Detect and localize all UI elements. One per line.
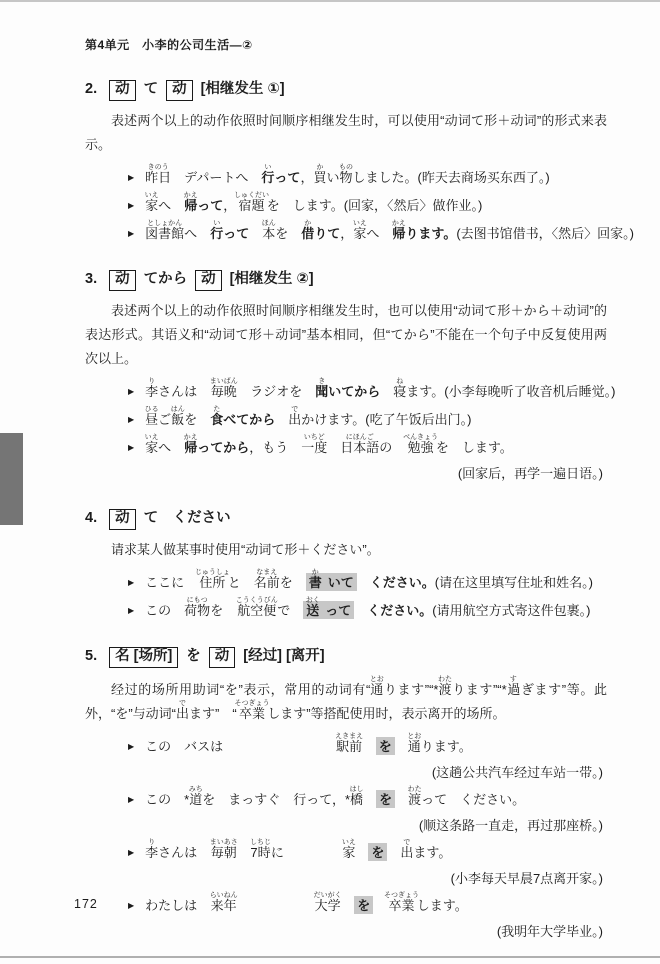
translation-line: (小李每天早晨7点离开家。)	[128, 868, 607, 887]
furigana: こうくうびん	[236, 597, 278, 604]
text-run	[363, 792, 376, 807]
ruby-word: 道みち	[189, 792, 202, 807]
ruby-word: 家いえ	[342, 845, 356, 860]
heading-text: [相继发生 ②]	[230, 271, 314, 287]
ruby-word: 通とお	[370, 682, 383, 697]
section-heading: 3.动てから动[相继发生 ②]	[85, 268, 607, 291]
text-run: ます” “	[189, 706, 237, 721]
ruby-word: 来年らいねん	[210, 898, 238, 913]
text-run: に	[271, 845, 284, 860]
heading-text: [经过] [离开]	[243, 648, 324, 664]
ruby-word: 7時しちじ	[250, 845, 271, 860]
furigana: そつぎょう	[384, 892, 419, 899]
text-run: で	[277, 603, 303, 618]
text-run: ます。	[413, 845, 451, 860]
text-run: この バスは	[145, 739, 223, 754]
furigana: まいあさ	[210, 839, 238, 846]
furigana: ひる	[145, 406, 159, 413]
text-run: しました。(昨天去商场买东西了。)	[353, 170, 550, 185]
furigana: ね	[393, 378, 406, 385]
ruby-word: 卒業そつぎょう	[237, 706, 268, 721]
translation-line: (顺这条路一直走，再过那座桥。)	[128, 815, 607, 834]
ruby-word: 買か	[313, 170, 326, 185]
text-run	[395, 792, 408, 807]
text-run: ラジオを	[237, 384, 315, 399]
text-run: って	[197, 198, 223, 213]
ruby-word: 借か	[301, 226, 314, 241]
ruby-word: 渡わた	[439, 682, 452, 697]
text-run: わたしは	[145, 898, 210, 913]
furigana: きのう	[145, 164, 171, 171]
text-run: を	[275, 226, 301, 241]
furigana: としょかん	[145, 220, 184, 227]
bullet-icon: ▶	[128, 795, 134, 804]
scan-edge-top	[0, 0, 660, 2]
grammar-section: 4.动て ください请求某人做某事时使用“动词て形＋ください”。▶ここに 住所じゅ…	[85, 507, 607, 620]
ruby-word: 飯はん	[171, 412, 184, 427]
furigana: いえ	[342, 839, 356, 846]
ruby-word: 李り	[145, 845, 158, 860]
bullet-icon: ▶	[128, 415, 134, 424]
furigana: えきまえ	[335, 733, 363, 740]
ruby-word: 行い	[261, 170, 274, 185]
furigana: き	[315, 378, 328, 385]
furigana: か	[309, 569, 322, 576]
furigana: い	[261, 164, 274, 171]
furigana: り	[145, 378, 158, 385]
text-run: (去图书馆借书，〈然后〉回家。)	[456, 226, 634, 241]
bullet-icon: ▶	[128, 606, 134, 615]
grammar-section: 2.动て动[相继发生 ①]表述两个以上的动作依照时间顺序相继发生时，可以使用“动…	[85, 78, 607, 243]
furigana: ほん	[262, 220, 276, 227]
ruby-word: 聞き	[315, 384, 328, 399]
text-run: へ	[366, 226, 392, 241]
text-run: さんは	[158, 384, 210, 399]
ruby-word: 家いえ	[145, 198, 158, 213]
scan-edge-bottom	[0, 956, 660, 958]
ruby-word: 食た	[210, 412, 223, 427]
text-run: します。	[417, 898, 468, 913]
ruby-word: 昼ひる	[145, 412, 158, 427]
bullet-icon: ▶	[128, 901, 134, 910]
bullet-icon: ▶	[128, 443, 134, 452]
bullet-icon: ▶	[128, 387, 134, 396]
ruby-word: 渡わた	[408, 792, 421, 807]
text-run	[275, 412, 288, 427]
furigana: はし	[350, 786, 364, 793]
text-run	[354, 603, 367, 618]
text-run: ，もう	[249, 440, 301, 455]
furigana: た	[210, 406, 223, 413]
heading-text: て	[144, 81, 159, 97]
text-run	[357, 575, 370, 590]
section-heading: 4.动て ください	[85, 507, 607, 530]
ruby-word: 行い	[210, 226, 223, 241]
page-content: 第4单元 小李的公司生活—② 2.动て动[相继发生 ①]表述两个以上的动作依照时…	[85, 36, 607, 940]
ruby-word: 書か	[306, 573, 325, 591]
text-run: この *	[145, 792, 189, 807]
heading-text: て ください	[144, 510, 231, 526]
text-run: いて	[325, 573, 357, 591]
text-run: ります”“*	[383, 682, 438, 697]
furigana: いえ	[145, 192, 159, 199]
text-run: ってから	[197, 440, 249, 455]
ruby-word: 一度いちど	[301, 440, 327, 455]
text-run: します”等搭配使用时，表示离开的场所。	[267, 706, 505, 721]
ruby-word: 帰かえ	[184, 440, 197, 455]
furigana: らいねん	[210, 892, 238, 899]
furigana: おく	[306, 597, 320, 604]
ruby-word: 住所じゅうしょ	[197, 575, 228, 590]
text-run: べてから	[223, 412, 275, 427]
text-run: この	[145, 603, 184, 618]
heading-text: てから	[144, 271, 188, 287]
furigana: わた	[408, 786, 422, 793]
text-run: を します。(回家，〈然后〉做作业。)	[267, 198, 483, 213]
furigana: かえ	[184, 192, 198, 199]
pattern-box: 动	[109, 270, 136, 291]
ruby-word: 勉強べんきょう	[405, 440, 436, 455]
furigana: い	[210, 220, 223, 227]
pattern-box: 名 [场所]	[109, 647, 178, 668]
furigana: とお	[407, 733, 421, 740]
text-run: を します。	[436, 440, 513, 455]
furigana: なまえ	[254, 569, 280, 576]
text-run: を	[376, 737, 395, 755]
pattern-box: 动	[109, 509, 136, 530]
pattern-box: 动	[166, 80, 193, 101]
page-number: 172	[74, 897, 98, 911]
text-run: へ	[158, 440, 184, 455]
section-explanation: 经过的场所用助词“を”表示，常用的动词有“通とおります”“*渡わたります”“*過…	[85, 676, 607, 726]
example-list: ▶ここに 住所じゅうしょと 名前なまえを 書かいて ください。(请在这里填写住址…	[128, 569, 607, 620]
furigana: り	[145, 839, 158, 846]
furigana: かえ	[184, 434, 198, 441]
text-run: の	[379, 440, 405, 455]
ruby-word: 送おく	[303, 601, 322, 619]
ruby-word: 寝ね	[393, 384, 406, 399]
text-run: ください。	[367, 603, 432, 618]
text-run	[387, 845, 400, 860]
text-run: さんは	[158, 845, 210, 860]
pattern-box: 动	[195, 270, 222, 291]
section-number: 5.	[85, 648, 97, 664]
pattern-box: 动	[109, 80, 136, 101]
text-run	[363, 739, 376, 754]
translation-line: (回家后，再学一遍日语。)	[128, 463, 607, 482]
chapter-side-tab	[0, 433, 23, 525]
furigana: いちど	[301, 434, 327, 441]
translation-line: (这趟公共汽车经过车站一带。)	[128, 762, 607, 781]
ruby-word: 帰かえ	[184, 198, 197, 213]
ruby-word: 昨日きのう	[145, 170, 171, 185]
text-run: ります”“*	[452, 682, 507, 697]
section-explanation: 表述两个以上的动作依照时间顺序相继发生时，可以使用“动词て形＋动词”的形式来表示…	[85, 109, 607, 157]
section-number: 4.	[85, 510, 97, 526]
furigana: か	[313, 164, 326, 171]
text-run: と	[228, 575, 254, 590]
ruby-word: 過す	[507, 682, 521, 697]
example-sentence: ▶昨日きのう デパートへ 行いって，買かい物ものしました。(昨天去商场买东西了。…	[128, 164, 607, 187]
text-run: (请用航空方式寄这件包裹。)	[432, 603, 590, 618]
example-sentence: ▶この 荷物にもつを 航空便こうくうびんで 送おくって ください。(请用航空方式…	[128, 597, 607, 620]
example-sentence: ▶家いえへ 帰かえって，宿題しゅくだいを します。(回家，〈然后〉做作业。)	[128, 192, 607, 215]
text-run: ます。(小李每晚听了收音机后睡觉。)	[406, 384, 615, 399]
example-sentence: ▶李りさんは 毎朝まいあさ 7時しちじに家いえ を 出でます。	[128, 839, 607, 862]
text-run	[395, 739, 408, 754]
furigana: しちじ	[250, 839, 271, 846]
furigana: にほんご	[340, 434, 379, 441]
grammar-section: 3.动てから动[相继发生 ②]表述两个以上的动作依照时间顺序相继发生时，也可以使…	[85, 268, 607, 482]
text-run: って ください。	[421, 792, 525, 807]
text-run: って	[274, 170, 300, 185]
text-run: って	[223, 226, 249, 241]
text-run	[249, 226, 262, 241]
furigana: とお	[370, 676, 384, 683]
pattern-box: 动	[209, 647, 236, 668]
example-list: ▶昨日きのう デパートへ 行いって，買かい物ものしました。(昨天去商场买东西了。…	[128, 164, 607, 243]
furigana: で	[288, 406, 301, 413]
furigana: か	[301, 220, 314, 227]
text-run: りて	[314, 226, 340, 241]
grammar-section: 5.名 [场所]を动[经过] [离开]经过的场所用助词“を”表示，常用的动词有“…	[85, 645, 607, 940]
text-run: ，	[340, 226, 353, 241]
ruby-word: 出で	[400, 845, 413, 860]
example-list: ▶李りさんは 毎晩まいばん ラジオを 聞きいてから 寝ねます。(小李每晚听了收音…	[128, 378, 607, 482]
text-run: ります。	[405, 226, 456, 241]
bullet-icon: ▶	[128, 578, 134, 587]
ruby-word: 李り	[145, 384, 158, 399]
furigana: まいばん	[210, 378, 238, 385]
furigana: そつぎょう	[234, 700, 269, 707]
ruby-word: 家いえ	[145, 440, 158, 455]
text-run: ここに	[145, 575, 197, 590]
example-sentence: ▶この バスは駅前えきまえ を 通とおります。	[128, 733, 607, 756]
ruby-word: 卒業そつぎょう	[386, 898, 417, 913]
example-sentence: ▶李りさんは 毎晩まいばん ラジオを 聞きいてから 寝ねます。(小李每晚听了收音…	[128, 378, 607, 401]
text-run: へ	[158, 198, 184, 213]
furigana: だいがく	[314, 892, 342, 899]
ruby-word: 宿題しゅくだい	[236, 198, 267, 213]
bullet-icon: ▶	[128, 229, 134, 238]
ruby-word: 帰かえ	[392, 226, 405, 241]
text-run	[237, 845, 250, 860]
heading-text: を	[186, 648, 201, 664]
ruby-word: 本ほん	[262, 226, 275, 241]
furigana: じゅうしょ	[195, 569, 230, 576]
unit-header: 第4单元 小李的公司生活—②	[85, 36, 607, 53]
text-run: を	[210, 603, 236, 618]
furigana: しゅくだい	[234, 192, 269, 199]
furigana: す	[507, 676, 520, 683]
ruby-word: 名前なまえ	[254, 575, 280, 590]
section-explanation: 表述两个以上的动作依照时间顺序相继发生时，也可以使用“动词て形＋から＋动词”的表…	[85, 299, 607, 371]
ruby-word: 出で	[288, 412, 301, 427]
text-run: を まっすぐ 行って，*	[202, 792, 350, 807]
section-heading: 2.动て动[相继发生 ①]	[85, 78, 607, 101]
furigana: わた	[438, 676, 452, 683]
text-run: を	[376, 790, 395, 808]
ruby-word: 毎朝まいあさ	[210, 845, 237, 860]
bullet-icon: ▶	[128, 848, 134, 857]
furigana: みち	[189, 786, 203, 793]
textbook-page: 第4单元 小李的公司生活—② 2.动て动[相继发生 ①]表述两个以上的动作依照时…	[0, 0, 660, 964]
section-heading: 5.名 [场所]を动[经过] [离开]	[85, 645, 607, 668]
ruby-word: 出で	[176, 706, 189, 721]
ruby-word: 毎晩まいばん	[210, 384, 237, 399]
text-run: ります。	[421, 739, 472, 754]
example-sentence: ▶ここに 住所じゅうしょと 名前なまえを 書かいて ください。(请在这里填写住址…	[128, 569, 607, 592]
section-number: 2.	[85, 81, 97, 97]
bullet-icon: ▶	[128, 201, 134, 210]
bullet-icon: ▶	[128, 742, 134, 751]
text-run: って	[322, 601, 354, 619]
bullet-icon: ▶	[128, 173, 134, 182]
text-run: 表述两个以上的动作依照时间顺序相继发生时，可以使用“动词て形＋动词”的形式来表示…	[85, 113, 607, 152]
ruby-word: 大学だいがく	[314, 898, 342, 913]
furigana: で	[400, 839, 413, 846]
grammar-sections: 2.动て动[相继发生 ①]表述两个以上的动作依照时间顺序相继发生时，可以使用“动…	[85, 78, 607, 940]
example-sentence: ▶昼ひるご飯はんを 食たべてから 出でかけます。(吃了午饭后出门。)	[128, 406, 607, 429]
text-run: ，	[300, 170, 313, 185]
section-number: 3.	[85, 271, 97, 287]
furigana: いえ	[353, 220, 367, 227]
furigana: にもつ	[184, 597, 210, 604]
text-run: へ	[184, 226, 210, 241]
ruby-word: 図書館としょかん	[145, 226, 184, 241]
translation-line: (我明年大学毕业。)	[128, 921, 607, 940]
ruby-word: 日本語にほんご	[340, 440, 379, 455]
text-run: い	[326, 170, 339, 185]
text-run: かけます。(吃了午饭后出门。)	[301, 412, 471, 427]
ruby-word: 物もの	[339, 170, 352, 185]
example-sentence: ▶わたしは 来年らいねん大学だいがく を 卒業そつぎょうします。	[128, 892, 607, 915]
text-run	[341, 898, 354, 913]
text-run: いてから	[328, 384, 380, 399]
example-sentence: ▶この *道みちを まっすぐ 行って，*橋はし を 渡わたって ください。	[128, 786, 607, 809]
furigana: べんきょう	[403, 434, 438, 441]
ruby-word: 橋はし	[350, 792, 363, 807]
example-list: ▶この バスは駅前えきまえ を 通とおります。(这趟公共汽车经过车站一带。)▶こ…	[128, 733, 607, 940]
text-run: を	[368, 843, 387, 861]
heading-text: [相继发生 ①]	[201, 81, 285, 97]
text-run: ご	[158, 412, 171, 427]
text-run: ください。	[370, 575, 435, 590]
furigana: もの	[339, 164, 353, 171]
furigana: はん	[171, 406, 185, 413]
text-run	[327, 440, 340, 455]
text-run: を	[354, 896, 373, 914]
section-explanation: 请求某人做某事时使用“动词て形＋ください”。	[85, 538, 607, 562]
text-run	[355, 845, 368, 860]
ruby-word: 航空便こうくうびん	[236, 603, 277, 618]
text-run	[380, 384, 393, 399]
ruby-word: 駅前えきまえ	[335, 739, 363, 754]
ruby-word: 家いえ	[353, 226, 366, 241]
example-sentence: ▶家いえへ 帰かえってから，もう 一度いちど 日本語にほんごの 勉強べんきょうを…	[128, 434, 607, 457]
furigana: かえ	[392, 220, 406, 227]
ruby-word: 通とお	[408, 739, 421, 754]
ruby-word: 荷物にもつ	[184, 603, 210, 618]
text-run: (请在这里填写住址和姓名。)	[435, 575, 593, 590]
text-run: 经过的场所用助词“を”表示，常用的动词有“	[111, 682, 370, 697]
text-run: 表述两个以上的动作依照时间顺序相继发生时，也可以使用“动词て形＋から＋动词”的表…	[85, 303, 607, 366]
text-run: を	[184, 412, 210, 427]
furigana: いえ	[145, 434, 159, 441]
text-run: を	[280, 575, 306, 590]
text-run: 请求某人做某事时使用“动词て形＋ください”。	[111, 542, 380, 557]
furigana: で	[176, 700, 189, 707]
text-run: デパートへ	[171, 170, 261, 185]
example-sentence: ▶図書館としょかんへ 行いって 本ほんを 借かりて，家いえへ 帰かえります。(去…	[128, 220, 607, 243]
